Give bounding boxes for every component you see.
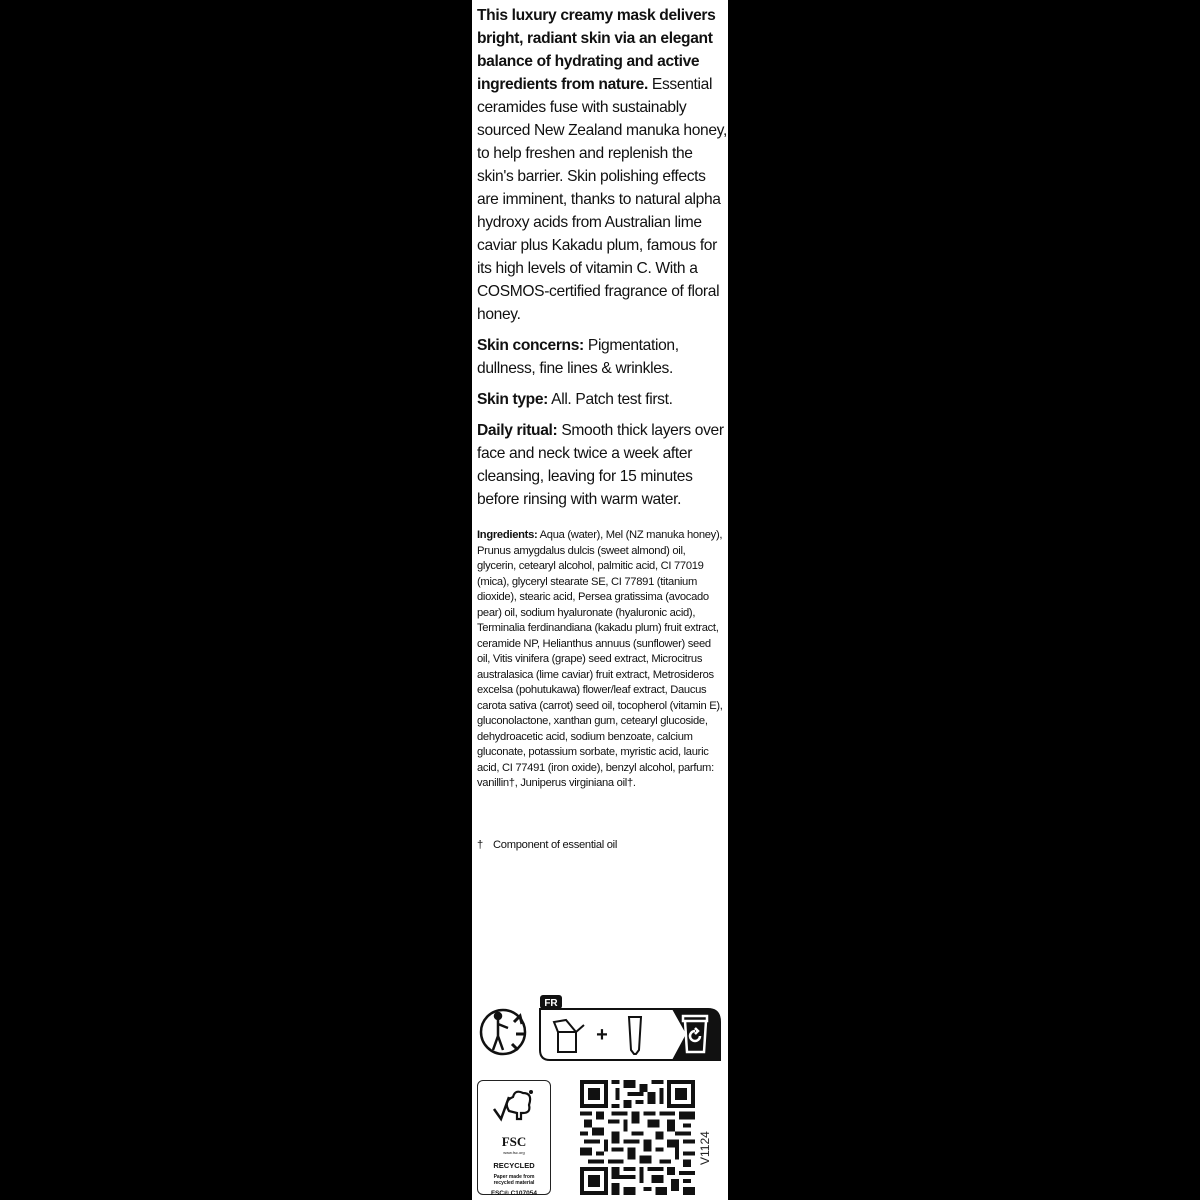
triman-icon (481, 1010, 525, 1054)
fsc-tree-icon (489, 1087, 539, 1127)
fsc-website: www.fsc.org (478, 1150, 550, 1155)
product-description: This luxury creamy mask delivers bright,… (477, 4, 727, 511)
intro-paragraph: This luxury creamy mask delivers bright,… (477, 4, 727, 326)
skin-type-text: All. Patch test first. (548, 391, 673, 408)
daily-ritual: Daily ritual: Smooth thick layers over f… (477, 419, 727, 511)
fsc-license-code: FSC® C107054 (478, 1190, 550, 1197)
fsc-description: Paper made fromrecycled material (478, 1174, 550, 1186)
footnote: †Component of essential oil (477, 839, 617, 851)
recycling-info: FR + (476, 992, 728, 1064)
skin-concerns-label: Skin concerns: (477, 337, 584, 354)
box-icon (554, 1020, 584, 1052)
plus-icon: + (596, 1024, 608, 1046)
qr-code[interactable] (580, 1080, 695, 1195)
skin-type: Skin type: All. Patch test first. (477, 388, 727, 411)
skin-concerns: Skin concerns: Pigmentation, dullness, f… (477, 334, 727, 380)
fsc-recycled-label: RECYCLED (478, 1161, 550, 1170)
version-code: V1124 (698, 1131, 712, 1165)
fsc-logo-text: FSC (478, 1134, 550, 1150)
daily-ritual-label: Daily ritual: (477, 422, 557, 439)
tube-icon (629, 1017, 641, 1054)
ingredients-text: Aqua (water), Mel (NZ manuka honey), Pru… (477, 529, 723, 789)
intro-text: Essential ceramides fuse with sustainabl… (477, 76, 727, 323)
skin-type-label: Skin type: (477, 391, 548, 408)
ingredients-list: Ingredients: Aqua (water), Mel (NZ manuk… (477, 528, 725, 792)
dagger-symbol: † (477, 839, 493, 851)
ingredients-label: Ingredients: (477, 529, 537, 541)
country-code: FR (544, 998, 558, 1009)
footnote-text: Component of essential oil (493, 839, 617, 851)
fsc-line-2: recycled material (494, 1180, 535, 1186)
fsc-recycled-badge: FSC www.fsc.org RECYCLED Paper made from… (477, 1080, 551, 1195)
